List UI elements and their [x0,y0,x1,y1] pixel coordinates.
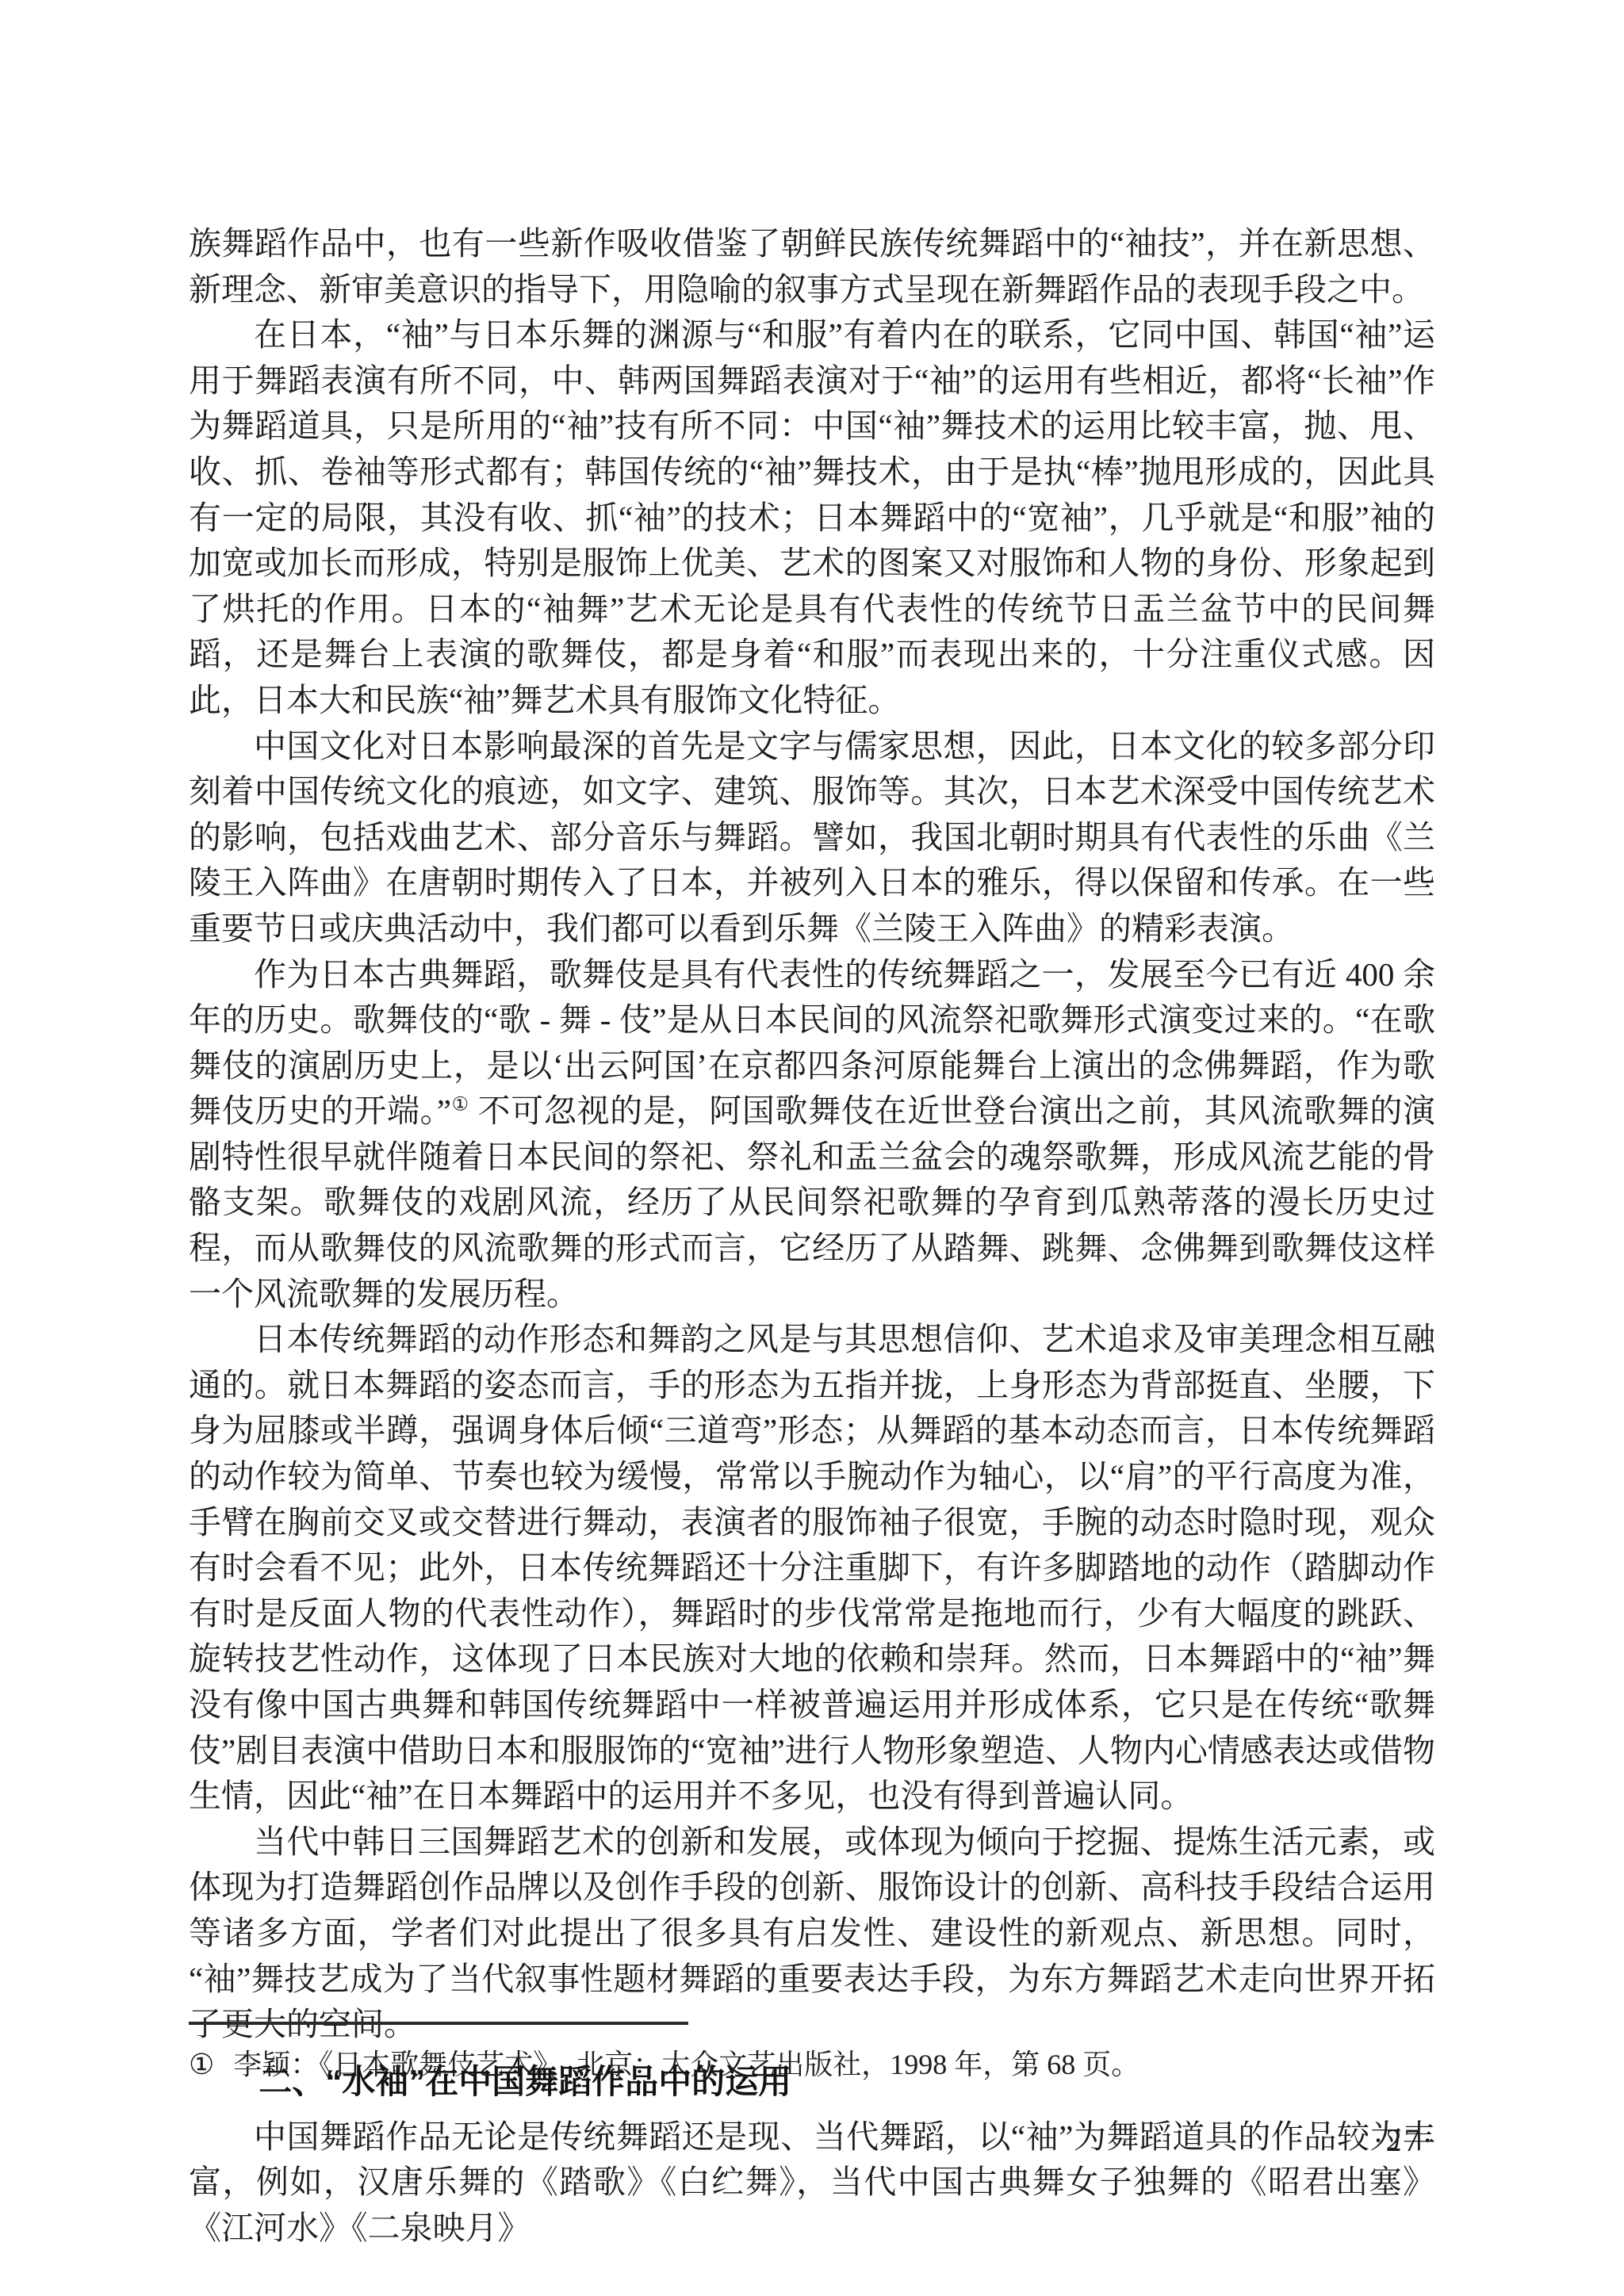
paragraph: 中国舞蹈作品无论是传统舞蹈还是现、当代舞蹈，以“袖”为舞蹈道具的作品较为丰富，例… [189,2114,1435,2252]
footnote: ①李颖：《日本歌舞伎艺术》，北京：大众文艺出版社，1998 年，第 68 页。 [189,2045,1435,2084]
paragraph: 当代中韩日三国舞蹈艺术的创新和发展，或体现为倾向于挖掘、提炼生活元素，或体现为打… [189,1820,1435,2048]
page-number: ·27· [1373,2122,1435,2159]
footnote-marker: ① [189,2045,214,2084]
page-body: 族舞蹈作品中，也有一些新作吸收借鉴了朝鲜民族传统舞蹈中的“袖技”，并在新思想、新… [189,221,1435,2252]
paragraph: 日本传统舞蹈的动作形态和舞韵之风是与其思想信仰、艺术追求及审美理念相互融通的。就… [189,1317,1435,1820]
document-page: 族舞蹈作品中，也有一些新作吸收借鉴了朝鲜民族传统舞蹈中的“袖技”，并在新思想、新… [0,0,1624,2296]
footnote-area: ①李颖：《日本歌舞伎艺术》，北京：大众文艺出版社，1998 年，第 68 页。 [189,2022,1435,2084]
paragraph-continued: 族舞蹈作品中，也有一些新作吸收借鉴了朝鲜民族传统舞蹈中的“袖技”，并在新思想、新… [189,221,1435,312]
paragraph: 在日本，“袖”与日本乐舞的渊源与“和服”有着内在的联系，它同中国、韩国“袖”运用… [189,312,1435,723]
footnote-ref: ① [451,1095,469,1115]
footnote-text: 李颖：《日本歌舞伎艺术》，北京：大众文艺出版社，1998 年，第 68 页。 [233,2045,1435,2084]
footnote-separator [189,2022,688,2025]
paragraph: 中国文化对日本影响最深的首先是文字与儒家思想，因此，日本文化的较多部分印刻着中国… [189,724,1435,952]
paragraph: 作为日本古典舞蹈，歌舞伎是具有代表性的传统舞蹈之一，发展至今已有近 400 余年… [189,952,1435,1318]
